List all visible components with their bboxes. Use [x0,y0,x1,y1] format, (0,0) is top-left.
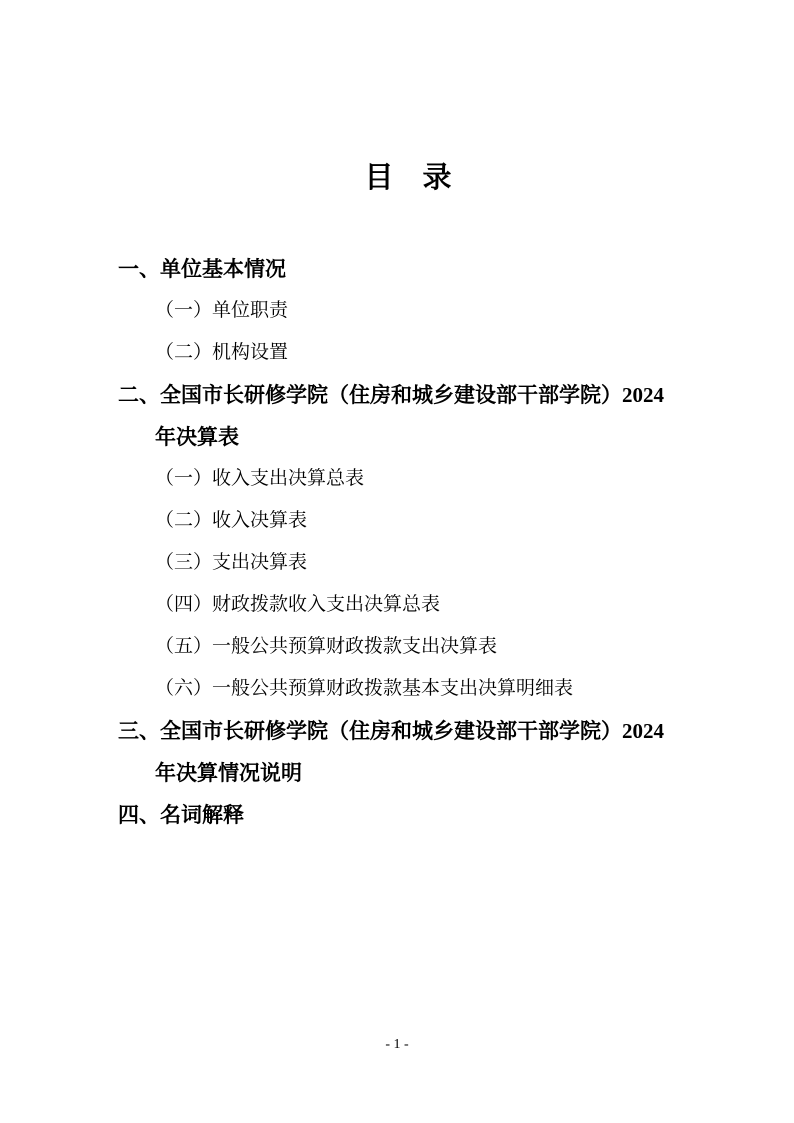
toc-entry-section-2-sub-6: （六）一般公共预算财政拨款基本支出决算明细表 [118,668,698,710]
document-page: 目 录 一、单位基本情况 （一）单位职责 （二）机构设置 二、全国市长研修学院（… [0,0,794,1123]
toc-entry-section-4: 四、名词解释 [118,794,698,836]
page-footer: - 1 - [0,1037,794,1053]
toc-entry-section-1-sub-2: （二）机构设置 [118,332,698,374]
page-number: - 1 - [385,1037,408,1052]
toc-entry-section-2-sub-2: （二）收入决算表 [118,500,698,542]
toc-entry-section-2-sub-5: （五）一般公共预算财政拨款支出决算表 [118,626,698,668]
toc-entry-section-3: 三、全国市长研修学院（住房和城乡建设部干部学院）2024 年决算情况说明 [118,710,698,794]
table-of-contents: 一、单位基本情况 （一）单位职责 （二）机构设置 二、全国市长研修学院（住房和城… [0,248,698,836]
toc-entry-section-1-sub-1: （一）单位职责 [118,290,698,332]
toc-entry-section-2-sub-4: （四）财政拨款收入支出决算总表 [118,584,698,626]
toc-entry-section-2: 二、全国市长研修学院（住房和城乡建设部干部学院）2024 年决算表 [118,374,698,458]
toc-entry-section-2-sub-1: （一）收入支出决算总表 [118,458,698,500]
toc-entry-section-1: 一、单位基本情况 [118,248,698,290]
toc-entry-section-2-sub-3: （三）支出决算表 [118,542,698,584]
toc-title: 目 录 [0,0,698,196]
